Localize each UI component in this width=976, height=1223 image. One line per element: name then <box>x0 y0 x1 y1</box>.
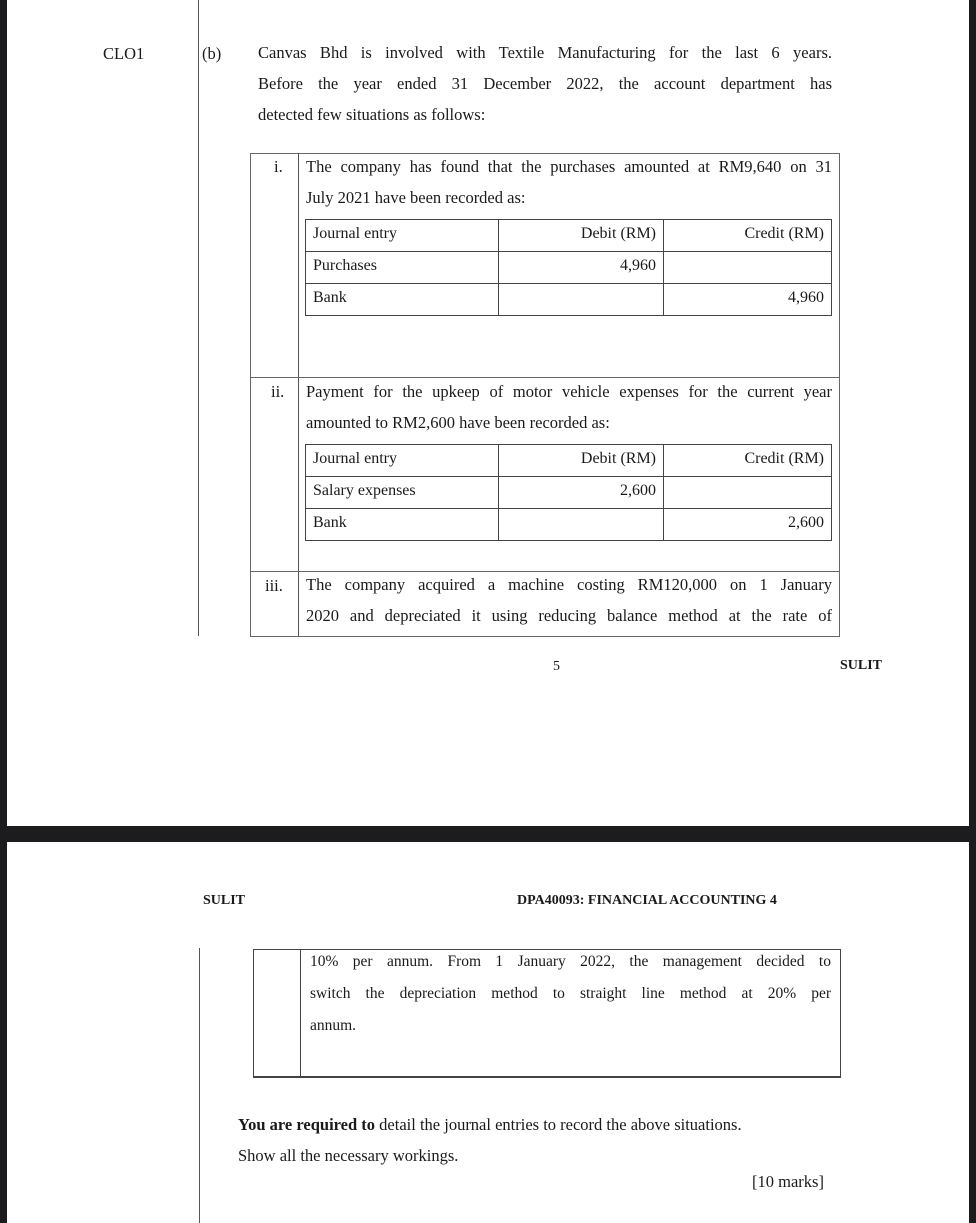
account-cell: Bank <box>306 509 499 541</box>
item-text: Payment for the upkeep of motor vehicle … <box>306 376 832 438</box>
item-text: The company has found that the purchases… <box>306 151 832 213</box>
item-line: Payment for the upkeep of motor vehicle … <box>306 376 832 407</box>
header-cell: Credit (RM) <box>664 445 832 477</box>
debit-cell: 2,600 <box>499 477 664 509</box>
debit-cell <box>499 284 664 316</box>
course-header: DPA40093: FINANCIAL ACCOUNTING 4 <box>517 893 777 909</box>
debit-cell <box>499 509 664 541</box>
item-line: The company has found that the purchases… <box>306 151 832 182</box>
item-number: i. <box>274 157 283 177</box>
intro-line: Canvas Bhd is involved with Textile Manu… <box>258 37 832 68</box>
account-cell: Bank <box>306 284 499 316</box>
table-row: Bank 2,600 <box>306 509 832 541</box>
item-line: 2020 and depreciated it using reducing b… <box>306 600 832 631</box>
part-label: (b) <box>202 44 221 64</box>
header-cell: Debit (RM) <box>499 445 664 477</box>
margin-rule <box>198 0 199 636</box>
item-text: The company acquired a machine costing R… <box>306 569 832 631</box>
item-number: ii. <box>271 382 284 402</box>
intro-line: Before the year ended 31 December 2022, … <box>258 68 832 99</box>
account-cell: Purchases <box>306 252 499 284</box>
continuation-divider <box>300 949 301 1076</box>
document-page-6: SULIT DPA40093: FINANCIAL ACCOUNTING 4 1… <box>7 842 969 1223</box>
continued-line: switch the depreciation method to straig… <box>310 978 831 1010</box>
clo-label: CLO1 <box>103 44 144 64</box>
item-line: July 2021 have been recorded as: <box>306 182 832 213</box>
item-number: iii. <box>265 576 283 596</box>
instruction-rest: detail the journal entries to record the… <box>375 1115 742 1134</box>
debit-cell: 4,960 <box>499 252 664 284</box>
continued-line: 10% per annum. From 1 January 2022, the … <box>310 946 831 978</box>
item-line: The company acquired a machine costing R… <box>306 569 832 600</box>
instruction: You are required to detail the journal e… <box>238 1109 832 1171</box>
document-page-5: CLO1 (b) Canvas Bhd is involved with Tex… <box>7 0 969 826</box>
credit-cell: 4,960 <box>664 284 832 316</box>
marks-label: [10 marks] <box>752 1172 824 1192</box>
situations-divider <box>298 153 299 636</box>
table-row: Salary expenses 2,600 <box>306 477 832 509</box>
instruction-bold: You are required to <box>238 1115 375 1134</box>
credit-cell: 2,600 <box>664 509 832 541</box>
item-line: amounted to RM2,600 have been recorded a… <box>306 407 832 438</box>
footer-sulit: SULIT <box>840 658 882 674</box>
account-cell: Salary expenses <box>306 477 499 509</box>
continued-text: 10% per annum. From 1 January 2022, the … <box>310 946 831 1042</box>
header-cell: Journal entry <box>306 445 499 477</box>
header-cell: Debit (RM) <box>499 220 664 252</box>
intro-line: detected few situations as follows: <box>258 99 832 130</box>
header-cell: Credit (RM) <box>664 220 832 252</box>
continued-line: annum. <box>310 1010 831 1042</box>
margin-rule <box>199 948 200 1223</box>
table-row: Bank 4,960 <box>306 284 832 316</box>
journal-table-ii: Journal entry Debit (RM) Credit (RM) Sal… <box>305 444 832 541</box>
page-number: 5 <box>553 659 560 675</box>
journal-table-i: Journal entry Debit (RM) Credit (RM) Pur… <box>305 219 832 316</box>
header-cell: Journal entry <box>306 220 499 252</box>
instruction-line: You are required to detail the journal e… <box>238 1109 832 1140</box>
table-row: Purchases 4,960 <box>306 252 832 284</box>
credit-cell <box>664 252 832 284</box>
instruction-line: Show all the necessary workings. <box>238 1140 832 1171</box>
credit-cell <box>664 477 832 509</box>
header-sulit: SULIT <box>203 893 245 909</box>
intro-paragraph: Canvas Bhd is involved with Textile Manu… <box>258 37 832 130</box>
